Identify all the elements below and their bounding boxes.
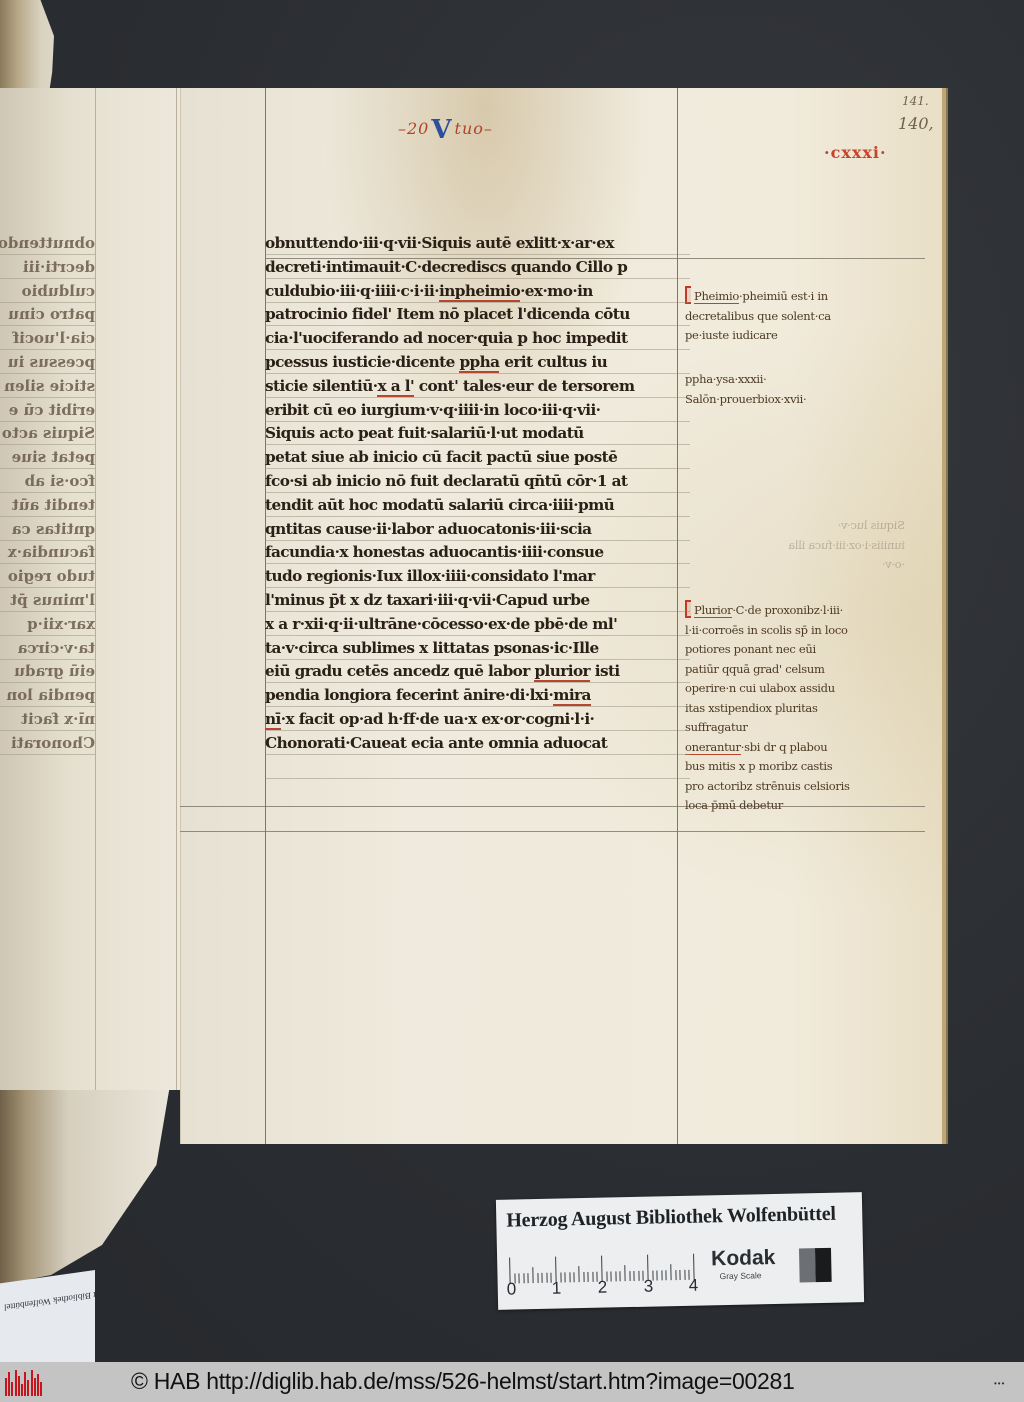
ruler-tick [532,1267,533,1283]
verso-text-line: fco·si ab [0,472,95,490]
ruler-label: 1 [552,1278,562,1298]
text-line: nī·x facit op·ad h·ff·de ua·x ex·or·cogn… [265,708,690,732]
verso-text-line: pcessus iu [0,353,95,371]
gloss-line: ·o·v· [685,555,905,575]
gloss-line: bus mitis x p moribz castis [685,757,905,777]
ruler-tick [629,1271,630,1281]
text-line: patrocinio fidel' Item nō placet l'dicen… [265,303,690,327]
ruler-tick [657,1270,658,1280]
hab-barcode-logo-icon[interactable] [5,1370,47,1396]
black-swatch [815,1248,832,1282]
ruler-tick [670,1264,671,1280]
ruler-tick [519,1273,520,1283]
ruler-tick [528,1273,529,1283]
gloss-line: onerantur·sbi dr q plabou [685,738,905,758]
ruling-line [265,587,690,588]
book-edge-top [0,0,90,90]
ruling-line [265,349,690,350]
verso-text-line: facundia·x [0,543,95,561]
verso-text-line: tendit aūt [0,496,95,514]
ruler-tick [565,1272,566,1282]
verso-ruling [0,254,95,255]
ruler-label: 4 [689,1276,699,1296]
ruler-tick [675,1270,676,1280]
verso-ruling [0,278,95,279]
ruling-line [265,302,690,303]
gloss-line: ppha·ysa·xxxii· [685,370,905,390]
text-line: eiū gradu cetēs ancedz quē labor plurior… [265,660,690,684]
rubricated-word: nī [265,710,281,730]
ruler-label: 2 [598,1278,608,1298]
folio-number-old: 141. [902,94,929,108]
verso-text-line: petat siue [0,448,95,466]
ruler-tick [666,1270,667,1280]
gloss-text: operire·n cui ulabox assidu [685,681,835,695]
verso-ruling [0,754,95,755]
ruler-label: 0 [507,1279,517,1299]
frame-bottom-rule-2 [180,831,925,832]
verso-ruling [0,444,95,445]
ruler-tick [661,1270,662,1280]
verso-text-line: ta·v·circa [0,639,95,657]
copyright-url-text[interactable]: © HAB http://diglib.hab.de/mss/526-helms… [131,1368,795,1395]
verso-text-line: xar·xii·q [0,615,95,633]
ruler-tick [611,1271,612,1281]
text-line: pcessus iusticie·dicente ppha erit cultu… [265,351,690,375]
text-line: tudo regionis·Iux illox·iiii·considato l… [265,565,690,589]
gloss-text: itas xstipendiox pluritas [685,701,818,715]
running-head-right: tuo– [455,119,493,138]
verso-text-line: pendia lon [0,686,95,704]
ruler-tick [583,1272,584,1282]
ruling-line [265,492,690,493]
gloss-plurior: Plurior·C·de proxonibz·l·iii·l·ii·corroē… [685,600,905,816]
ruler-tick [634,1271,635,1281]
ruling-line [265,611,690,612]
recto-page: 141. 140, –20Vtuo– ·cxxxi· obnuttendo·ii… [180,88,946,1144]
gloss-pheimio: Pheimio·pheimiū est·i in decretalibus qu… [685,286,905,346]
ruling-line [265,635,690,636]
ruler-tick [578,1266,579,1282]
verso-page: obnuttendodecrti·iiiculdubiopatro cinuci… [0,88,180,1090]
ruling-line [265,254,690,255]
text-line: ta·v·circa sublimes x littatas psonas·ic… [265,637,690,661]
ruling-line [265,278,690,279]
verso-ruling [0,421,95,422]
verso-ruling [0,516,95,517]
text-line: obnuttendo·iii·q·vii·Siquis autē exlitt·… [265,232,690,256]
gloss-text: l·ii·corroēs in scolis sp̄ in loco [685,623,848,637]
folio-number: 140, [898,114,934,133]
rubricated-word: plurior [534,662,590,682]
gloss-text: patiūr qquā grad' celsum [685,662,825,676]
target-title: Herzog August Bibliothek Wolfenbüttel [506,1203,836,1233]
gloss-text: potiores ponant nec eūi [685,642,816,656]
gloss-line: pe·iuste iudicare [685,326,905,346]
gloss-line: Salōn·prouerbiox·xvii· [685,390,905,410]
verso-ruling [0,540,95,541]
chapter-number: ·cxxxi· [824,143,887,162]
gloss-lemma: onerantur [685,740,741,755]
gloss-faint-bleedthrough: Siquis luc·v· iuniiis·i·oz·iii·fuca illa… [685,516,905,575]
verso-text-line: nī·x facit [0,710,95,728]
gloss-line: loca p̄mū debetur [685,796,905,816]
verso-text-line: Chonorati [0,734,95,752]
ruling-line [265,754,690,755]
verso-ruling [0,682,95,683]
text-line: petat siue ab inicio cū facit pactū siue… [265,446,690,470]
text-line: Siquis acto peat fuit·salariū·l·ut modat… [265,422,690,446]
ruler-tick [569,1272,570,1282]
book-edge-bottom [0,1085,170,1285]
ruling-line [265,563,690,564]
ruler-tick [684,1270,685,1280]
verso-ruling [0,373,95,374]
ruling-line [265,540,690,541]
main-text-column: obnuttendo·iii·q·vii·Siquis autē exlitt·… [265,232,690,756]
ruling-line [265,397,690,398]
ruling-line [265,706,690,707]
gloss-line: l·ii·corroēs in scolis sp̄ in loco [685,621,905,641]
gray-swatch [799,1248,816,1282]
verso-text-line: cia·l'uocif [0,329,95,347]
running-head: –20Vtuo– [398,115,493,145]
ruling-line [265,444,690,445]
text-line: fco·si ab inicio nō fuit declaratū qn̄tū… [265,470,690,494]
running-head-left: –20 [398,119,429,138]
gloss-line: operire·n cui ulabox assidu [685,679,905,699]
text-line: x a r·xii·q·ii·ultrāne·cōcesso·ex·de pbē… [265,613,690,637]
verso-ruling [0,563,95,564]
rubricated-word: mira [553,686,591,706]
ruler-tick [537,1273,538,1283]
ruler-tick [523,1273,524,1283]
ruler-tick [592,1272,593,1282]
gloss-text: ·sbi dr q plabou [741,740,828,754]
text-line: cia·l'uociferando ad nocer·quia p hoc im… [265,327,690,351]
more-options-icon[interactable]: ••• [994,1379,1005,1388]
ruler-label: 3 [644,1277,654,1297]
ruling-line [265,516,690,517]
gloss-line: decretalibus que solent·ca [685,307,905,327]
verso-text-line: decrti·iii [0,258,95,276]
text-line: tendit aūt hoc modatū salariū circa·iiii… [265,494,690,518]
ruling-line [265,325,690,326]
ruling-line [265,373,690,374]
verso-ruling [0,349,95,350]
text-line: culdubio·iii·q·iiii·c·i·ii·inpheimio·ex·… [265,280,690,304]
verso-ruling [0,706,95,707]
verso-ruling [0,635,95,636]
gloss-text: suffragatur [685,720,748,734]
ruling-line [265,730,690,731]
verso-ruling [0,325,95,326]
verso-ruling [0,468,95,469]
gloss-line: pro actoribz strēnuis celsioris [685,777,905,797]
ruler-tick [624,1265,625,1281]
verso-text-line: qntitas ca [0,520,95,538]
gloss-lemma: Plurior [694,603,732,618]
ruler-tick [680,1270,681,1280]
gloss-line: Siquis luc·v· [685,516,905,536]
text-line: l'minus p̄t x dz taxari·iii·q·vii·Capud … [265,589,690,613]
ruler-tick [574,1272,575,1282]
text-line: decreti·intimauit·C·decrediscs quando Ci… [265,256,690,280]
rubricated-word: inpheimio [439,282,520,302]
gloss-text: loca p̄mū debetur [685,798,783,812]
gloss-lemma: Pheimio [694,289,739,304]
gloss-text: pro actoribz strēnuis celsioris [685,779,850,793]
verso-frame-line [95,88,96,1090]
verso-ruling [0,587,95,588]
verso-text-line: eribit cū e [0,401,95,419]
verso-text-line: obnuttendo [0,234,95,252]
gloss-line: patiūr qquā grad' celsum [685,660,905,680]
verso-text-line: tudo regio [0,567,95,585]
verso-ruling [0,397,95,398]
ruling-line [265,659,690,660]
gloss-references: ppha·ysa·xxxii· Salōn·prouerbiox·xvii· [685,370,905,409]
text-line: facundia·x honestas aduocantis·iiii·cons… [265,541,690,565]
verso-text-line: sticie silen [0,377,95,395]
rubricated-word: x a l' [377,377,414,397]
ruler-tick [542,1273,543,1283]
verso-ruling [0,492,95,493]
secondary-scale-target: Herzog August Bibliothek Wolfenbüttel [0,1270,95,1375]
gloss-line: Plurior·C·de proxonibz·l·iii· [685,600,905,621]
rubricated-word: ppha [459,353,499,373]
text-line: eribit cū eo iurgium·v·q·iiii·in loco·ii… [265,399,690,423]
text-line: sticie silentiū·x a l' cont' tales·eur d… [265,375,690,399]
ruling-line [265,778,690,779]
text-line: Chonorati·Caueat ecia ante omnia aduocat [265,732,690,756]
ruler-tick [615,1271,616,1281]
kodak-subtitle: Gray Scale [719,1270,761,1281]
ruler-tick [620,1271,621,1281]
verso-text-line: patro cinu [0,305,95,323]
kodak-brand: Kodak [711,1246,776,1271]
ruling-line [265,468,690,469]
ruling-line [265,421,690,422]
gloss-line: suffragatur [685,718,905,738]
color-scale-target: Herzog August Bibliothek Wolfenbüttel 0 … [496,1192,864,1310]
verso-ruling [0,611,95,612]
footer-bar: © HAB http://diglib.hab.de/mss/526-helms… [0,1362,1024,1402]
gutter-line [180,88,181,1144]
paragraph-mark-icon [685,600,691,618]
secondary-target-title: Herzog August Bibliothek Wolfenbüttel [4,1283,95,1313]
gloss-text: bus mitis x p moribz castis [685,759,832,773]
verso-text-line: l'minus p̄t [0,591,95,609]
decorated-initial: V [431,115,452,145]
text-line: pendia longiora fecerint ānire·di·lxi·mi… [265,684,690,708]
verso-gutter-line [176,88,177,1090]
verso-ruling [0,302,95,303]
gloss-line: Pheimio·pheimiū est·i in [685,286,905,307]
text-line: qntitas cause·ii·labor aduocatonis·iii·s… [265,518,690,542]
verso-ruling [0,659,95,660]
verso-text-line: culdubio [0,282,95,300]
gloss-line: itas xstipendiox pluritas [685,699,905,719]
ruler-tick [638,1271,639,1281]
verso-text-line: eiū gradu [0,662,95,680]
gloss-text: ·C·de proxonibz·l·iii· [732,603,843,617]
verso-text-line: Siquis acto [0,424,95,442]
ruler-tick [588,1272,589,1282]
gloss-line: iuniiis·i·oz·iii·fuca illa [685,536,905,556]
ruling-line [265,682,690,683]
verso-ruling [0,730,95,731]
gloss-line: potiores ponant nec eūi [685,640,905,660]
ruler-tick [546,1273,547,1283]
image-viewer[interactable]: obnuttendodecrti·iiiculdubiopatro cinuci… [0,0,1024,1362]
